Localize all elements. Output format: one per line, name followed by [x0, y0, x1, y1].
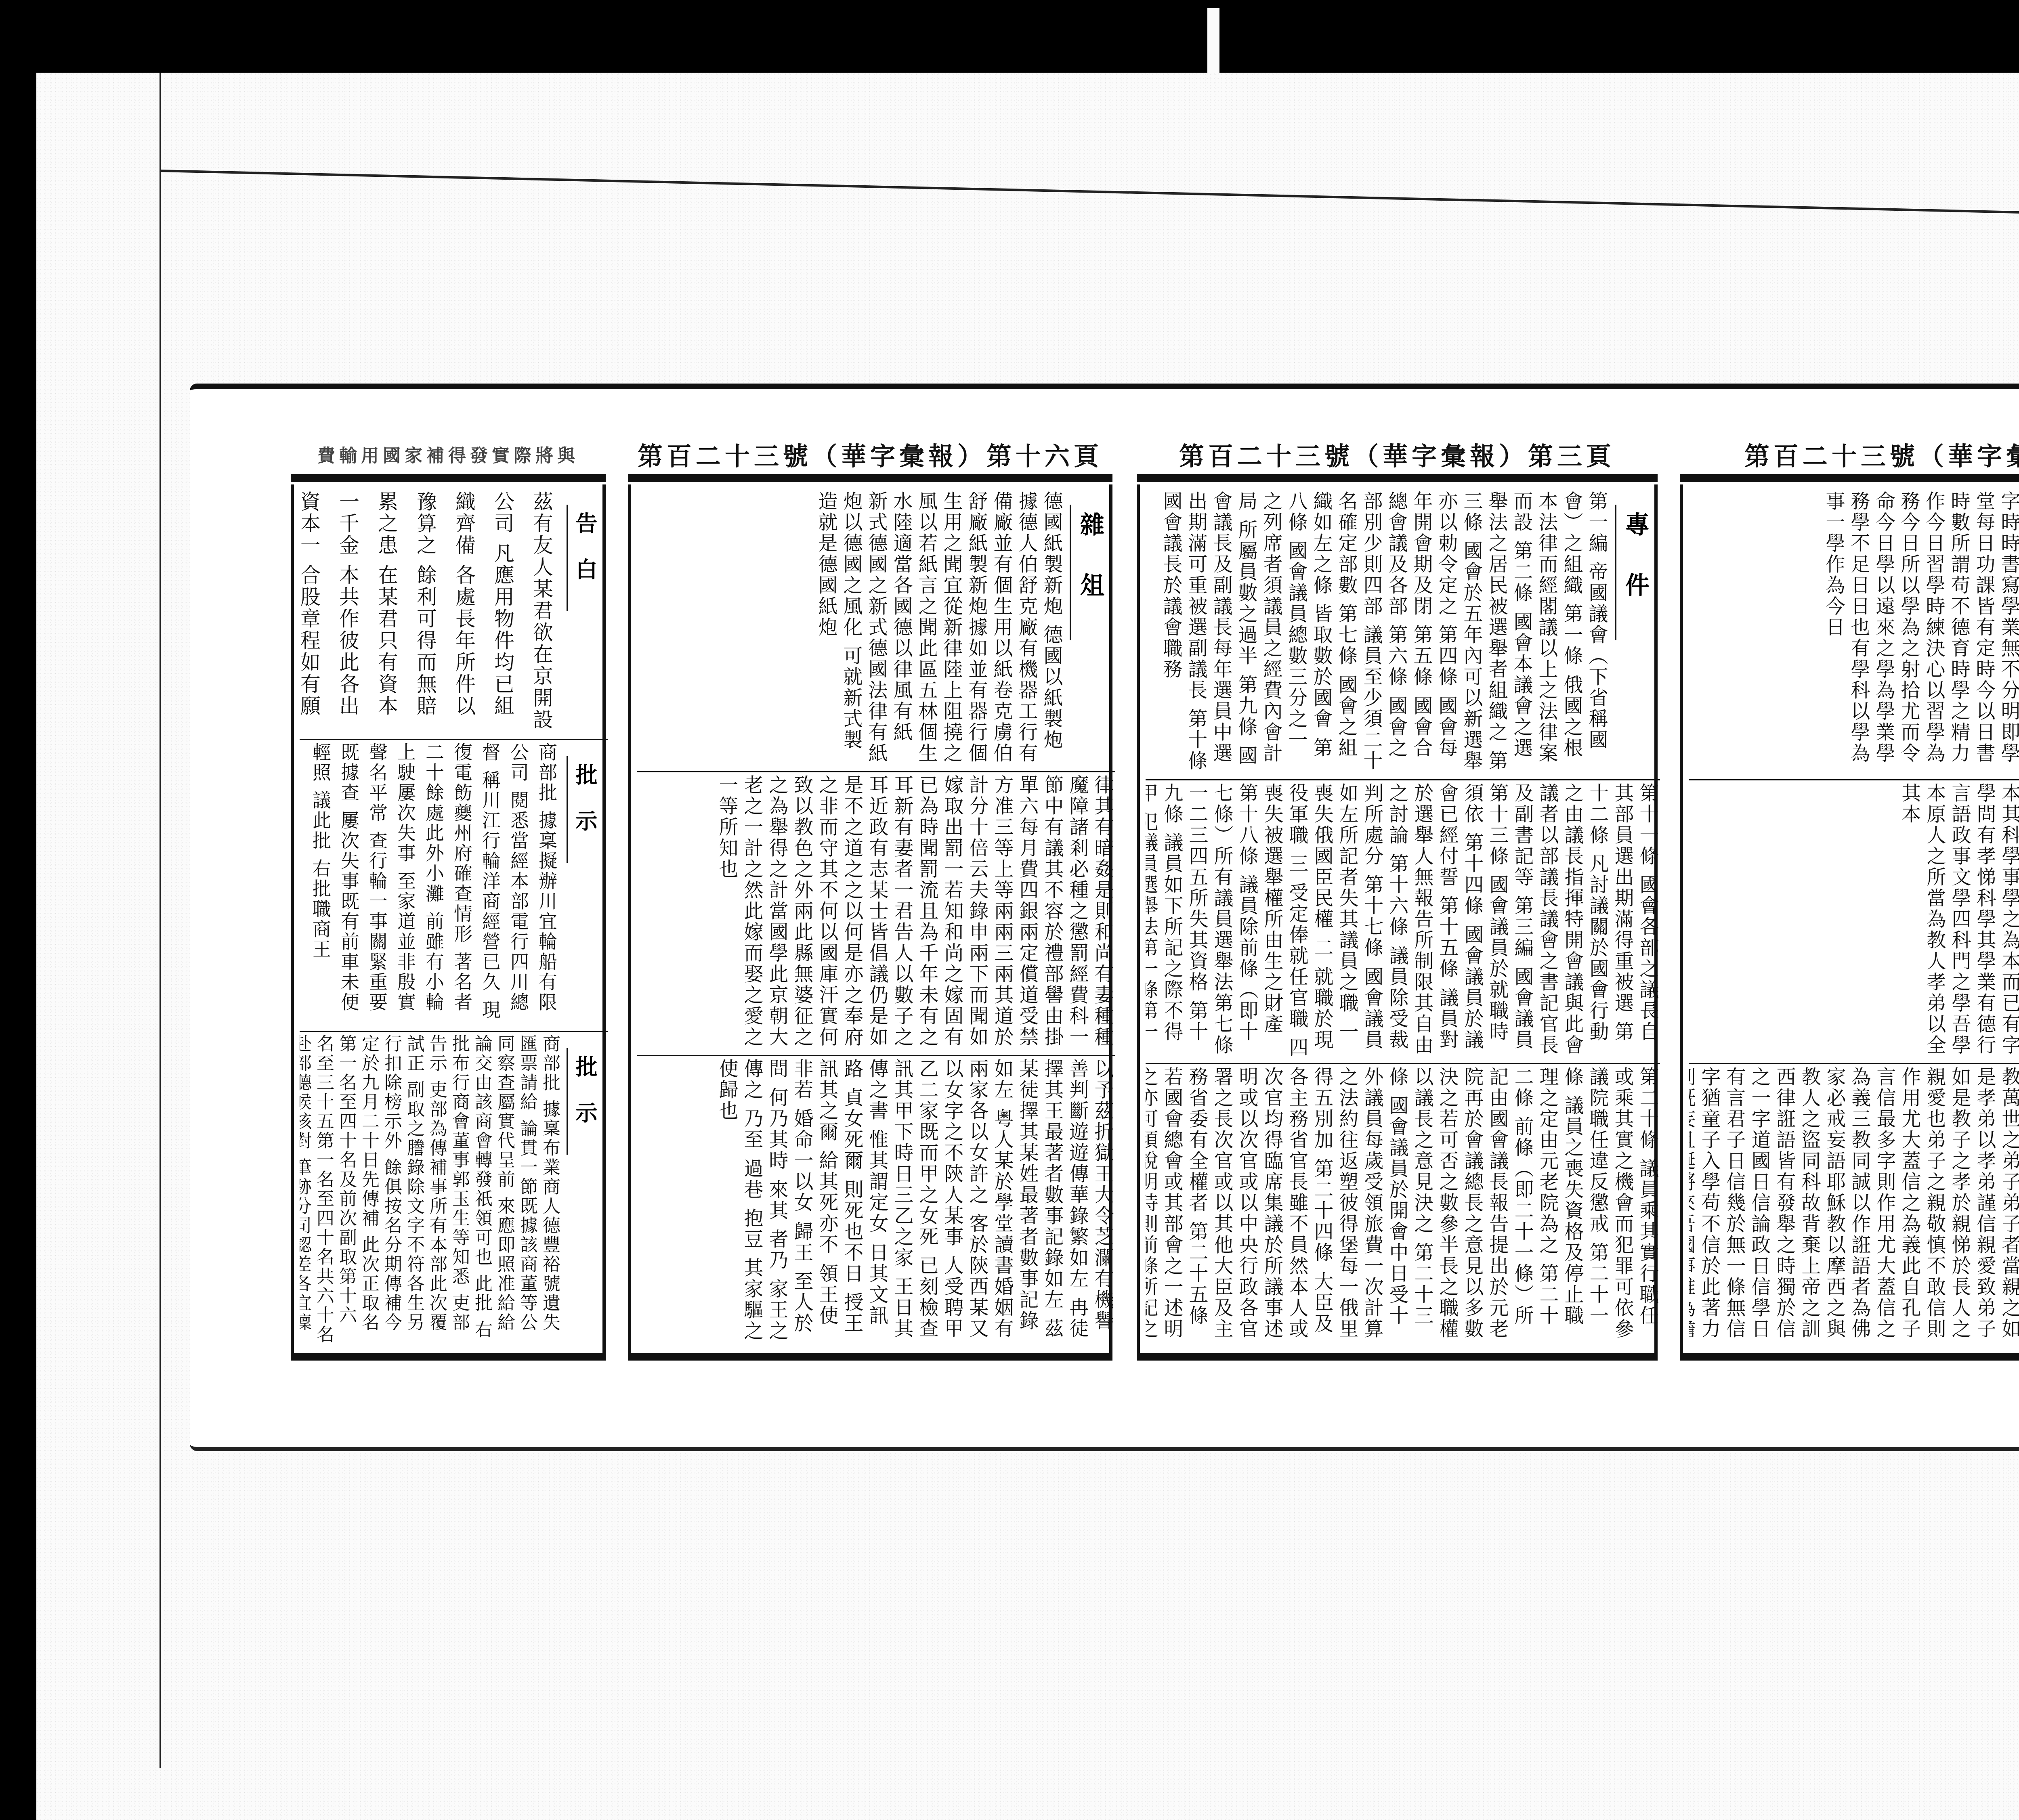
notice-text: 商部批 據稟擬辦川宜輪船有限公司 閱悉當經本部電行四川總督 稱川江行輪洋商經營已…: [300, 740, 561, 1031]
article-text: 以予茲折獄王大令芝瀾有機譽善判斷遊遊傳華錄繁如左 冉徒擇其王最著者數事記錄如左 …: [637, 1056, 1115, 1347]
notice-text: 茲有友人某君欲在京開設公司 凡應用物件均已組織齊備 各處長年所件以豫算之 餘利可…: [300, 489, 561, 739]
article-text: 第二十條 議員乘其實行職任或乘其實之機會而犯罪可依參議院職任違反懲戒 第二十一條…: [1146, 1064, 1660, 1347]
section-title: 雜俎: [1070, 505, 1111, 640]
notice-title: 批示: [567, 756, 604, 863]
page-header: 第百二十三號（華字彙報）第十六頁: [631, 440, 1109, 468]
page-header: 第百二十三號（華字彙報）第三頁: [1140, 440, 1654, 468]
page-header: 費輸用國家補得發實際將與: [294, 440, 602, 468]
article-text: 律其有暗姦是則和尚有妻種種魔障諸剎必種之懲罰經費科一節中有議其不容於禮部嚳由掛單…: [637, 772, 1115, 1055]
page-header: 第百二十三號（華字彙報）第四頁: [1683, 440, 2019, 468]
article-text: 兩江學務處沈鳳樓觀察今日為學務處派員書今日紀念會演說第一次開錄南洋本學堂以為學務…: [1689, 489, 2019, 779]
page-16: 第百二十三號（華字彙報）第十六頁 雜俎 德國紙製新炮 德國以紙製炮 據德人伯舒克…: [628, 484, 1112, 1361]
page-4: 第百二十三號（華字彙報）第四頁 專件 兩江學務處沈鳳樓觀察今日為學務處派員書今日…: [1680, 484, 2019, 1361]
article-text: 日自由平等革命流血諸說陰以亂深惜鉅者不知乎敬業樂羣之誼推其後原來則皆以發明不知業…: [1689, 780, 2019, 1063]
section-title: 專件: [1615, 505, 1656, 640]
notice-title: 批示: [567, 1048, 604, 1155]
article-text: 第十一條 國會各部之議長自其部員選出期滿得重被選 第十二條 凡討議關於國會行動之…: [1146, 780, 1660, 1063]
article-text: 旨以窮究事物之理為作用如今日之聲光化電路輪船氣球諸學使聖人而在必將時習之且遠方之…: [1689, 1064, 2019, 1347]
frame-border-left: [160, 73, 161, 1768]
notice-text: 商部批 據稟布業商人德豐裕號遺失匯票請給 論貫一節既據該商董等公同察查屬實代呈前…: [300, 1032, 561, 1347]
page-3: 第百二十三號（華字彙報）第三頁 專件 第一編 帝國議會（下省稱國會）之組織 第一…: [1137, 484, 1658, 1361]
article-text: 第一編 帝國議會（下省稱國會）之組織 第一條 俄國之根本法律而經閣議以上之法律案…: [1146, 489, 1609, 779]
article-text: 德國紙製新炮 德國以紙製炮 據德人伯舒克廠有機器工行有備廠並有個生用以紙卷克虜伯…: [637, 489, 1064, 771]
page-17: 費輸用國家補得發實際將與 告白 茲有友人某君欲在京開設公司 凡應用物件均已組織齊…: [291, 484, 606, 1361]
film-notch: [1207, 8, 1219, 73]
notice-title: 告白: [567, 505, 604, 611]
